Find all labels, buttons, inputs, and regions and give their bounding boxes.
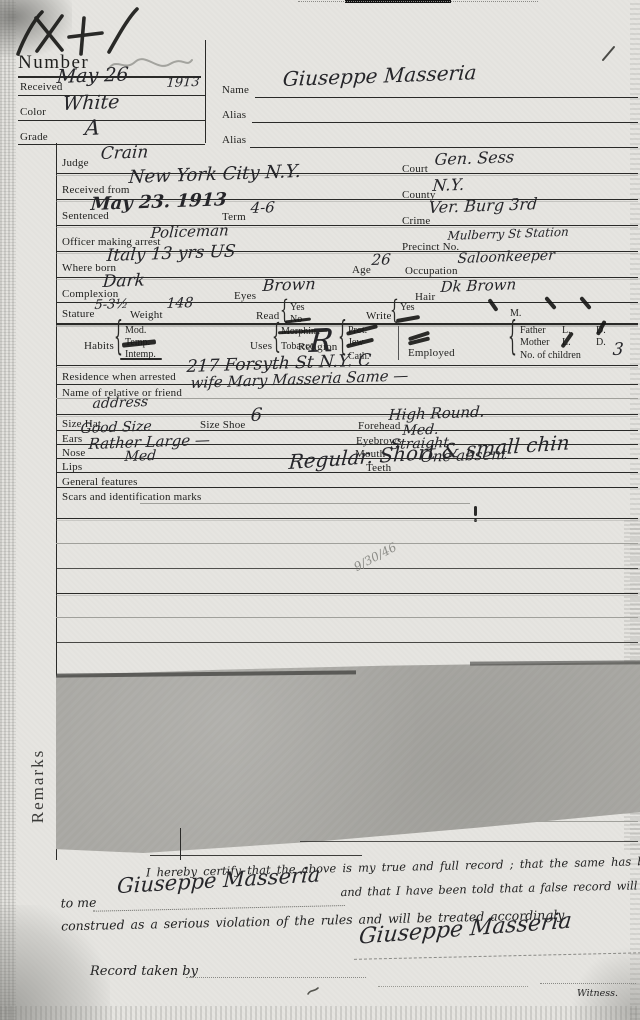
- scars-label: Scars and identification marks: [62, 491, 202, 503]
- lips-value: Med: [124, 448, 157, 465]
- eyes-label: Eyes: [234, 290, 256, 302]
- ruled-line: [56, 414, 638, 415]
- pen-mark-stray-dot: [474, 519, 477, 522]
- officer-value: Policeman: [150, 221, 229, 242]
- received-year: 1913: [166, 75, 200, 91]
- habits-brace: [114, 316, 123, 361]
- precinct-value: Mulberry St Station: [447, 225, 569, 243]
- mother-dead: D.: [596, 337, 606, 348]
- name-label: Name: [222, 84, 249, 96]
- habits-label: Habits: [84, 340, 114, 352]
- ruled-line: [56, 518, 638, 519]
- stature-value: 5-3½: [94, 297, 129, 313]
- stature-label: Stature: [62, 308, 95, 320]
- crime-value: Ver. Burg 3rd: [428, 194, 538, 217]
- scan-edge-bottom: [0, 1006, 640, 1020]
- sentenced-value: May 23. 1913: [90, 189, 227, 215]
- received-value: May 26: [56, 63, 129, 88]
- uses-label: Uses: [250, 340, 272, 352]
- judge-value: Crain: [100, 142, 149, 164]
- children-label: No. of children: [520, 350, 581, 361]
- age-value: 26: [371, 250, 391, 269]
- ruled-line: [56, 487, 638, 488]
- judge-label: Judge: [62, 157, 89, 169]
- ruled-line: [56, 593, 638, 594]
- uses-brace: [272, 319, 281, 357]
- where-born-value: Italy 13 yrs US: [106, 241, 236, 266]
- name-value: Giuseppe Masseria: [282, 60, 477, 91]
- prison-record-document: Number Received May 26 1913 Name Giusepp…: [0, 0, 640, 1020]
- pen-mark-stray: [474, 506, 477, 516]
- alias1-label: Alias: [222, 109, 246, 121]
- family-brace: [508, 316, 517, 361]
- top-tab-dots: [298, 1, 538, 2]
- check-mark-top-right: [600, 44, 620, 64]
- ruled-line: [250, 147, 638, 148]
- pen-strike-intemp: [120, 358, 162, 360]
- children-value: 3: [612, 340, 624, 360]
- age-label: Age: [352, 264, 371, 276]
- certification-line2: and that I have been told that a false r…: [340, 878, 640, 899]
- ruled-line: [252, 122, 638, 123]
- write-label: Write: [366, 310, 392, 322]
- ruled-line: [255, 97, 638, 98]
- to-me-dotted-line: [93, 905, 345, 912]
- county-value: N.Y.: [432, 175, 465, 195]
- footer-dotted-segments: [378, 986, 528, 987]
- weight-value: 148: [166, 295, 194, 312]
- ruled-line-gray: [56, 543, 638, 544]
- signature-dashed-line: [354, 952, 640, 960]
- write-yes: Yes: [400, 302, 415, 313]
- ruled-line-gray: [140, 503, 470, 504]
- grade-value: A: [84, 115, 101, 140]
- read-yes: Yes: [290, 302, 305, 313]
- scan-blot: [56, 660, 640, 855]
- received-from-value: New York City N.Y.: [128, 161, 302, 188]
- ruled-line: [56, 568, 638, 569]
- pen-strike-write-no: [396, 315, 420, 323]
- remarks-label: Remarks: [28, 716, 48, 856]
- block-divider: [398, 326, 399, 360]
- employed-label: Employed: [408, 347, 455, 359]
- certification-to-me: to me: [60, 895, 96, 911]
- father-label: Father: [520, 325, 546, 336]
- occupation-label: Occupation: [405, 265, 458, 277]
- witness-label: Witness.: [577, 988, 618, 999]
- size-shoe-value: 6: [250, 405, 263, 426]
- pen-flick-3: [579, 296, 592, 310]
- ruled-line: [300, 841, 638, 842]
- ruled-line-gray: [470, 821, 638, 822]
- ruled-line-gray: [56, 617, 638, 618]
- relative-address-note: address: [92, 394, 149, 412]
- certification-block: I hereby certify that the above is my tr…: [54, 848, 639, 981]
- weight-label: Weight: [130, 309, 163, 321]
- occupation-value: Saloonkeeper: [457, 248, 555, 267]
- hair-value: Dk Brown: [440, 275, 517, 296]
- pen-flick-1: [487, 298, 498, 312]
- ruled-line: [56, 642, 638, 643]
- residence-label: Residence when arrested: [62, 371, 176, 383]
- ruled-line: [56, 472, 638, 473]
- scan-edge-left: [0, 0, 16, 1020]
- eyes-value: Brown: [262, 274, 316, 295]
- pen-flick-2: [544, 296, 557, 310]
- mother-label: Mother: [520, 337, 549, 348]
- header-divider: [205, 40, 206, 143]
- witness-dotted-line: [540, 983, 636, 984]
- court-value: Gen. Sess: [434, 147, 515, 169]
- ruled-line: [18, 120, 205, 121]
- term-value: 4-6: [250, 198, 275, 217]
- color-label: Color: [20, 106, 46, 118]
- alias2-label: Alias: [222, 134, 246, 146]
- habits-option-mod: Mod.: [125, 325, 146, 336]
- color-value: White: [62, 91, 120, 115]
- pen-mark-footer: [306, 986, 320, 996]
- complexion-value: Dark: [102, 270, 146, 292]
- grade-label: Grade: [20, 131, 48, 143]
